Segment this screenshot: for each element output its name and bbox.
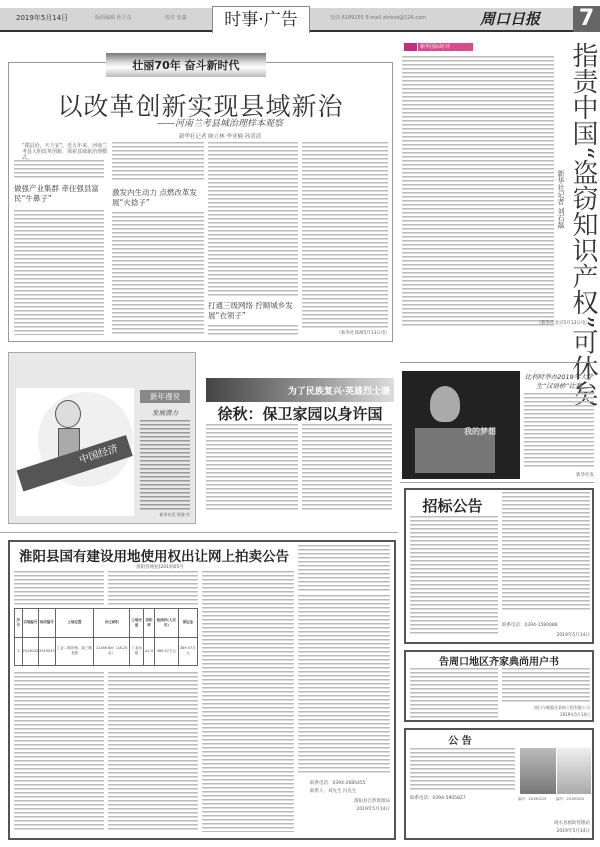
public-notice-body	[410, 748, 515, 790]
table-cell: 12169.6㎡（18.25亩）	[93, 637, 129, 666]
lead-subhead-1: 做强产业集群 牵住强县富民“牛鼻子”	[14, 184, 104, 204]
auction-col3-top	[202, 571, 294, 593]
lead-byline: 新华社记者 顾立林 李亚楠 孙清清	[120, 132, 320, 140]
photo-story-credit: 新华社发	[530, 472, 594, 478]
auction-col2-mid	[108, 595, 198, 605]
table-cell: 工业二路东侧、闻三路北侧	[55, 637, 93, 666]
auction-contact: 联系人：刘先生 冯先生	[310, 788, 390, 795]
right-story-headline: 指责中国“盗窃知识产权”可休矣	[567, 42, 597, 407]
page-number: 7	[573, 6, 600, 32]
table-header: 序号	[15, 609, 23, 638]
lead-body-col2b	[112, 212, 204, 335]
photo-speaker	[430, 386, 460, 422]
public-notice-issuer: 商水县救助管理站	[510, 820, 590, 826]
table-cell: 389.57万元	[178, 637, 197, 666]
auction-notice-title: 淮阳县国有建设用地使用权出让网上拍卖公告	[14, 545, 294, 565]
right-story-tag: 新华国际时评	[418, 43, 473, 51]
users-notice-issuer: 周口今朝超凡装饰工程有限公司	[502, 705, 590, 711]
public-notice-contact: 联系电话：0394-5905827	[410, 795, 515, 801]
auction-body-col3	[202, 595, 294, 832]
right-story-byline: 新华社记者 刘石磊	[555, 170, 565, 228]
cartoon-caption	[140, 420, 190, 510]
auction-date: 2019年5月14日	[310, 806, 390, 813]
divider	[0, 532, 398, 533]
lead-subhead-2: 激发内生动力 点燃改革发展“火捻子”	[112, 188, 204, 208]
auction-phone: 联系电话：0394-2685455	[310, 780, 390, 787]
right-story-credit: （新华社北京5月13日电）	[480, 320, 590, 326]
users-notice-col1	[410, 668, 498, 718]
table-header: 容积率	[143, 609, 154, 638]
missing-person-photo-1	[520, 748, 556, 794]
lead-body-col1b	[14, 210, 104, 335]
photo-banner-text: 我的梦想	[464, 426, 520, 437]
table-header: 出让面积	[93, 609, 129, 638]
newspaper-logo: 周口日报	[480, 8, 540, 29]
lead-subtitle: ——河南兰考县城治理样本观察	[120, 116, 320, 129]
tag-logo-icon	[404, 43, 417, 51]
cartoon-figure-head	[55, 400, 81, 428]
table-cell: 工业用地	[130, 637, 144, 666]
divider	[400, 482, 594, 483]
tender-contact: 联系电话：0394-1580088	[502, 622, 590, 628]
auction-col2-top	[108, 571, 198, 593]
lead-subhead-3: 打通三级网络 拧顺城乡发展“衣领子”	[208, 301, 298, 321]
hero-body-col2	[302, 424, 392, 512]
tender-date: 2019年5月14日	[502, 632, 590, 638]
photo-2-caption: 编号：20190522	[556, 797, 594, 802]
auction-parcel-table: 序号 宗地编号 地块编号 土地位置 出让面积 土地用途 容积率 起始价(人民币)…	[14, 608, 198, 666]
table-header: 地块编号	[39, 609, 56, 638]
table-header: 土地用途	[130, 609, 144, 638]
lead-body-col3b	[208, 325, 298, 337]
public-notice-date: 2019年5月14日	[510, 828, 590, 834]
cartoon-title: 发展潜力	[140, 408, 190, 417]
proof-credit: 校对 张鑫	[165, 14, 187, 21]
table-cell: 2019043	[22, 637, 39, 666]
missing-person-photo-2	[557, 748, 591, 794]
table-row: 1 2019043 2019043 工业二路东侧、闻三路北侧 12169.6㎡（…	[15, 637, 198, 666]
divider	[400, 362, 594, 363]
photo-1-caption: 编号：20190219	[518, 797, 558, 802]
contact-info: 电话 6189155 E-mail zkrbsd@126.com	[330, 14, 426, 21]
table-cell: 2019043	[39, 637, 56, 666]
auction-col4-top	[298, 545, 390, 593]
cartoon-credit: 新华社发 徐骏 作	[140, 512, 190, 518]
table-cell: 1	[15, 637, 23, 666]
lead-body-col1a	[14, 160, 104, 180]
table-header: 宗地编号	[22, 609, 39, 638]
table-cell: 389.57万元	[155, 637, 179, 666]
users-notice-date: 2019年5月14日	[502, 712, 590, 718]
issue-date: 2019年5月14日	[16, 13, 68, 23]
lead-body-col4	[302, 142, 388, 328]
photo-story-body	[524, 393, 594, 469]
editor-credit: 版面编辑 孙卫东	[95, 14, 132, 21]
lead-banner: 壮丽70年 奋斗新时代	[106, 57, 266, 73]
table-cell: ≥1.0	[143, 637, 154, 666]
auction-body-col4	[298, 595, 390, 775]
hero-headline: 徐秋：保卫家园以身许国	[206, 403, 394, 424]
auction-issuer: 淮阳县自然资源局	[310, 798, 390, 805]
lead-credit: （新华社郑州5月13日电）	[300, 330, 390, 336]
hero-body-col1	[206, 424, 298, 512]
auction-col1-mid	[14, 595, 104, 605]
public-notice-title: 公 告	[410, 732, 510, 747]
table-header: 保证金	[178, 609, 197, 638]
table-header: 起始价(人民币)	[155, 609, 179, 638]
auction-intro	[14, 571, 104, 593]
table-header: 土地位置	[55, 609, 93, 638]
tender-body-col1	[410, 516, 498, 636]
lead-body-col3a	[208, 142, 298, 297]
users-notice-title: 告周口地区齐家典尚用户书	[404, 653, 594, 668]
photo-story-title: 比利时举办2019年大学生“汉语桥”比赛	[524, 373, 594, 391]
auction-body-col2	[108, 672, 198, 832]
table-header-row: 序号 宗地编号 地块编号 土地位置 出让面积 土地用途 容积率 起始价(人民币)…	[15, 609, 198, 638]
tender-body-col2	[502, 492, 590, 610]
cartoon-tag: 新年漫说	[140, 390, 190, 403]
users-notice-col2	[502, 668, 590, 704]
right-story-body	[402, 56, 554, 326]
auction-doc-number: 淮阳县网拍[2019]05号	[110, 564, 210, 570]
hero-banner: 为了民族复兴·英雄烈士谱	[250, 384, 390, 397]
auction-body-col1	[14, 672, 104, 832]
lead-opening: “郡县治，天下安”。近五年来，河南兰考县大胆改革创新，探索县域新治理模式。	[22, 143, 110, 161]
lead-body-col2a	[112, 142, 204, 182]
tender-notice-title: 招标公告	[410, 495, 495, 516]
section-title: 时事·广告	[212, 6, 310, 33]
